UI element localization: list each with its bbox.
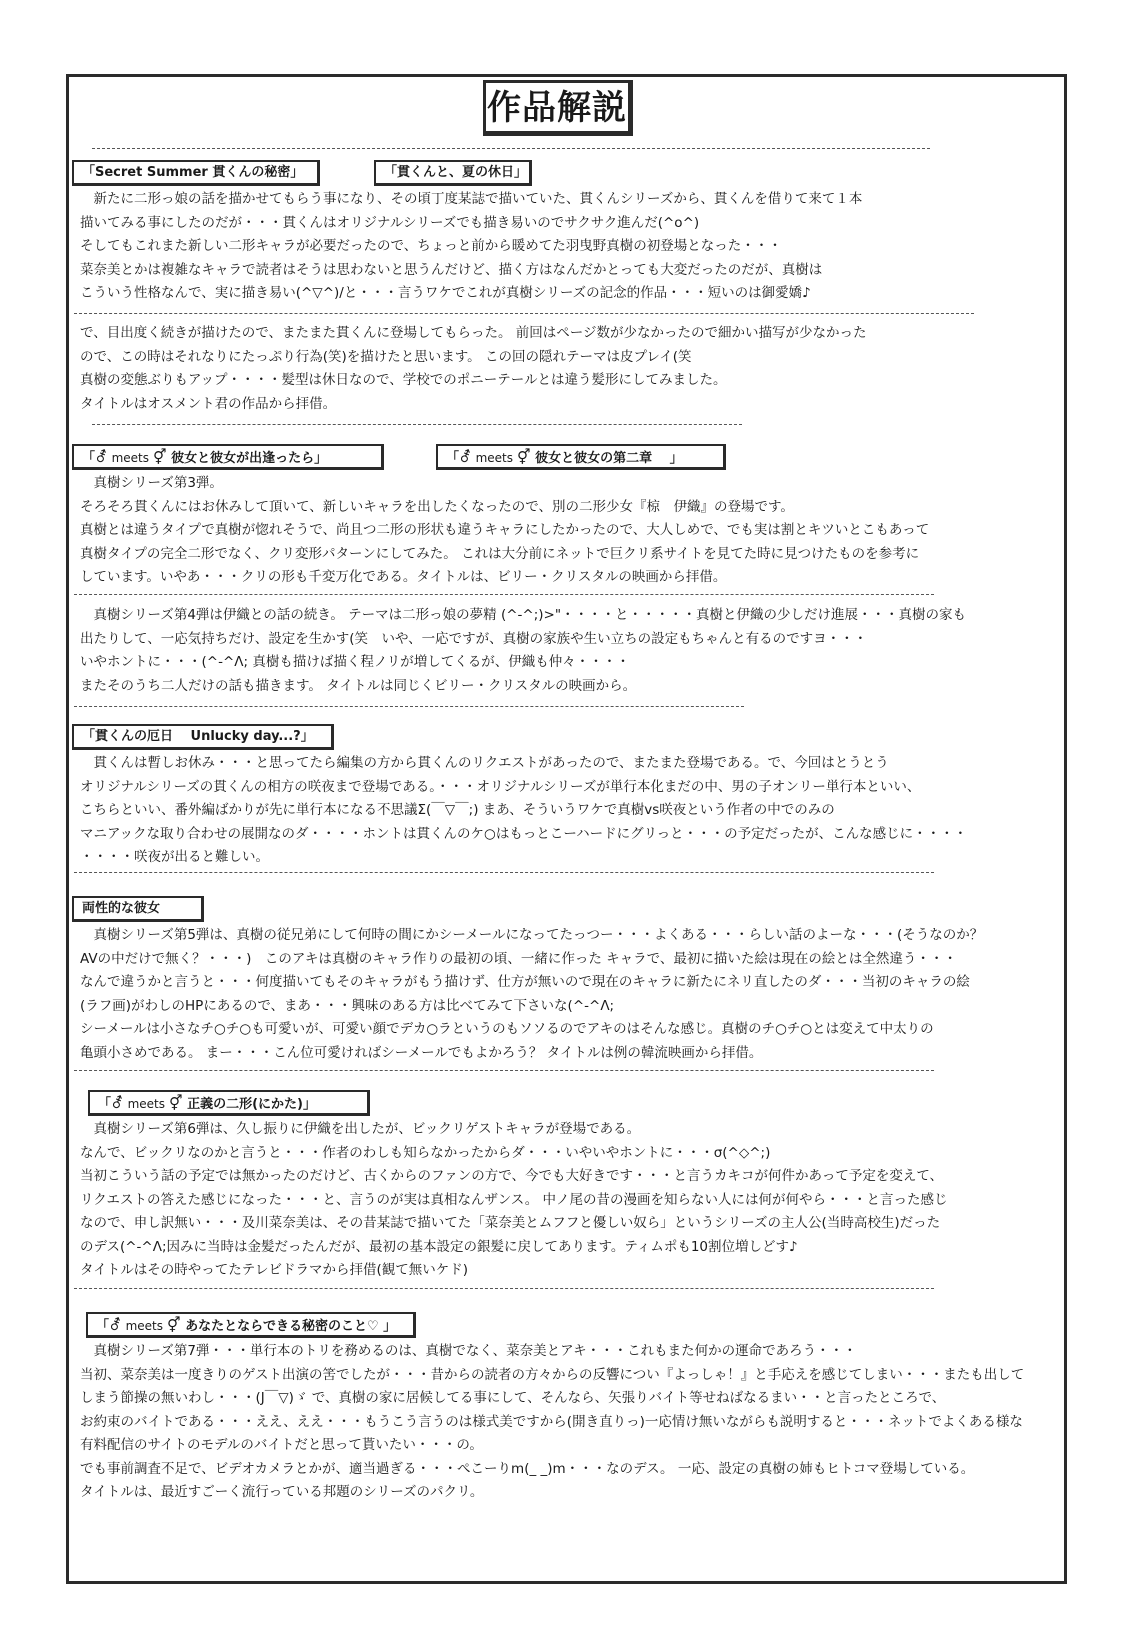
- hermaphrodite-symbol-icon: ⚥: [169, 1094, 183, 1112]
- divider: [74, 872, 934, 873]
- section-1-paragraph-1: 新たに二形っ娘の話を描かせてもらう事になり、その頃丁度某誌で描いていた、貫くんシ…: [80, 188, 862, 306]
- divider: [74, 706, 744, 707]
- divider: [74, 1070, 934, 1071]
- male-symbol-icon: ⚦: [109, 1316, 122, 1334]
- section-title-unlucky-day: 「貫くんの厄日 Unlucky day...?」: [72, 724, 334, 750]
- section-2-paragraph-2: 真樹シリーズ第4弾は伊織との話の続き。 テーマは二形っ娘の夢精 (^-^;)>"…: [80, 604, 966, 698]
- hermaphrodite-symbol-icon: ⚥: [517, 448, 531, 466]
- male-symbol-icon: ⚦: [95, 448, 108, 466]
- section-title-summer-holiday: 「貫くんと、夏の休日」: [374, 160, 532, 186]
- section-title-second-chapter: 「⚦meets⚥ 彼女と彼女の第二章 」: [436, 444, 726, 470]
- divider: [74, 594, 934, 595]
- section-title-she-meets-she: 「⚦meets⚥ 彼女と彼女が出逢ったら」: [72, 444, 384, 470]
- section-6-paragraph: 真樹シリーズ第7弾・・・単行本のトリを務めるのは、真樹でなく、菜奈美とアキ・・・…: [80, 1340, 1024, 1505]
- divider: [92, 424, 742, 425]
- section-2-paragraph-1: 真樹シリーズ第3弾。 そろそろ貫くんにはお休みして頂いて、新しいキャラを出したく…: [80, 472, 929, 590]
- divider: [74, 1288, 934, 1289]
- divider: [92, 148, 930, 149]
- section-3-paragraph: 貫くんは暫しお休み・・・と思ってたら編集の方から貫くんのリクエストがあったので、…: [80, 752, 967, 870]
- section-4-paragraph: 真樹シリーズ第5弾は、真樹の従兄弟にして何時の間にかシーメールになってたっつー・…: [80, 924, 983, 1065]
- section-title-secret-with-you: 「⚦meets⚥ あなたとならできる秘密のこと♡ 」: [86, 1312, 416, 1338]
- section-title-secret-summer: 「Secret Summer 貫くんの秘密」: [72, 160, 320, 186]
- male-symbol-icon: ⚦: [111, 1094, 124, 1112]
- section-title-androgynous-girl: 両性的な彼女: [72, 896, 204, 922]
- section-title-justice-futanari: 「⚦meets⚥ 正義の二形(にかた)」: [88, 1090, 370, 1116]
- page-title: 作品解説: [483, 80, 633, 136]
- section-1-paragraph-2: で、目出度く続きが描けたので、またまた貫くんに登場してもらった。 前回はページ数…: [80, 322, 866, 416]
- hermaphrodite-symbol-icon: ⚥: [167, 1316, 181, 1334]
- male-symbol-icon: ⚦: [459, 448, 472, 466]
- hermaphrodite-symbol-icon: ⚥: [153, 448, 167, 466]
- divider: [74, 313, 974, 314]
- section-5-paragraph: 真樹シリーズ第6弾は、久し振りに伊織を出したが、ビックリゲストキャラが登場である…: [80, 1118, 947, 1283]
